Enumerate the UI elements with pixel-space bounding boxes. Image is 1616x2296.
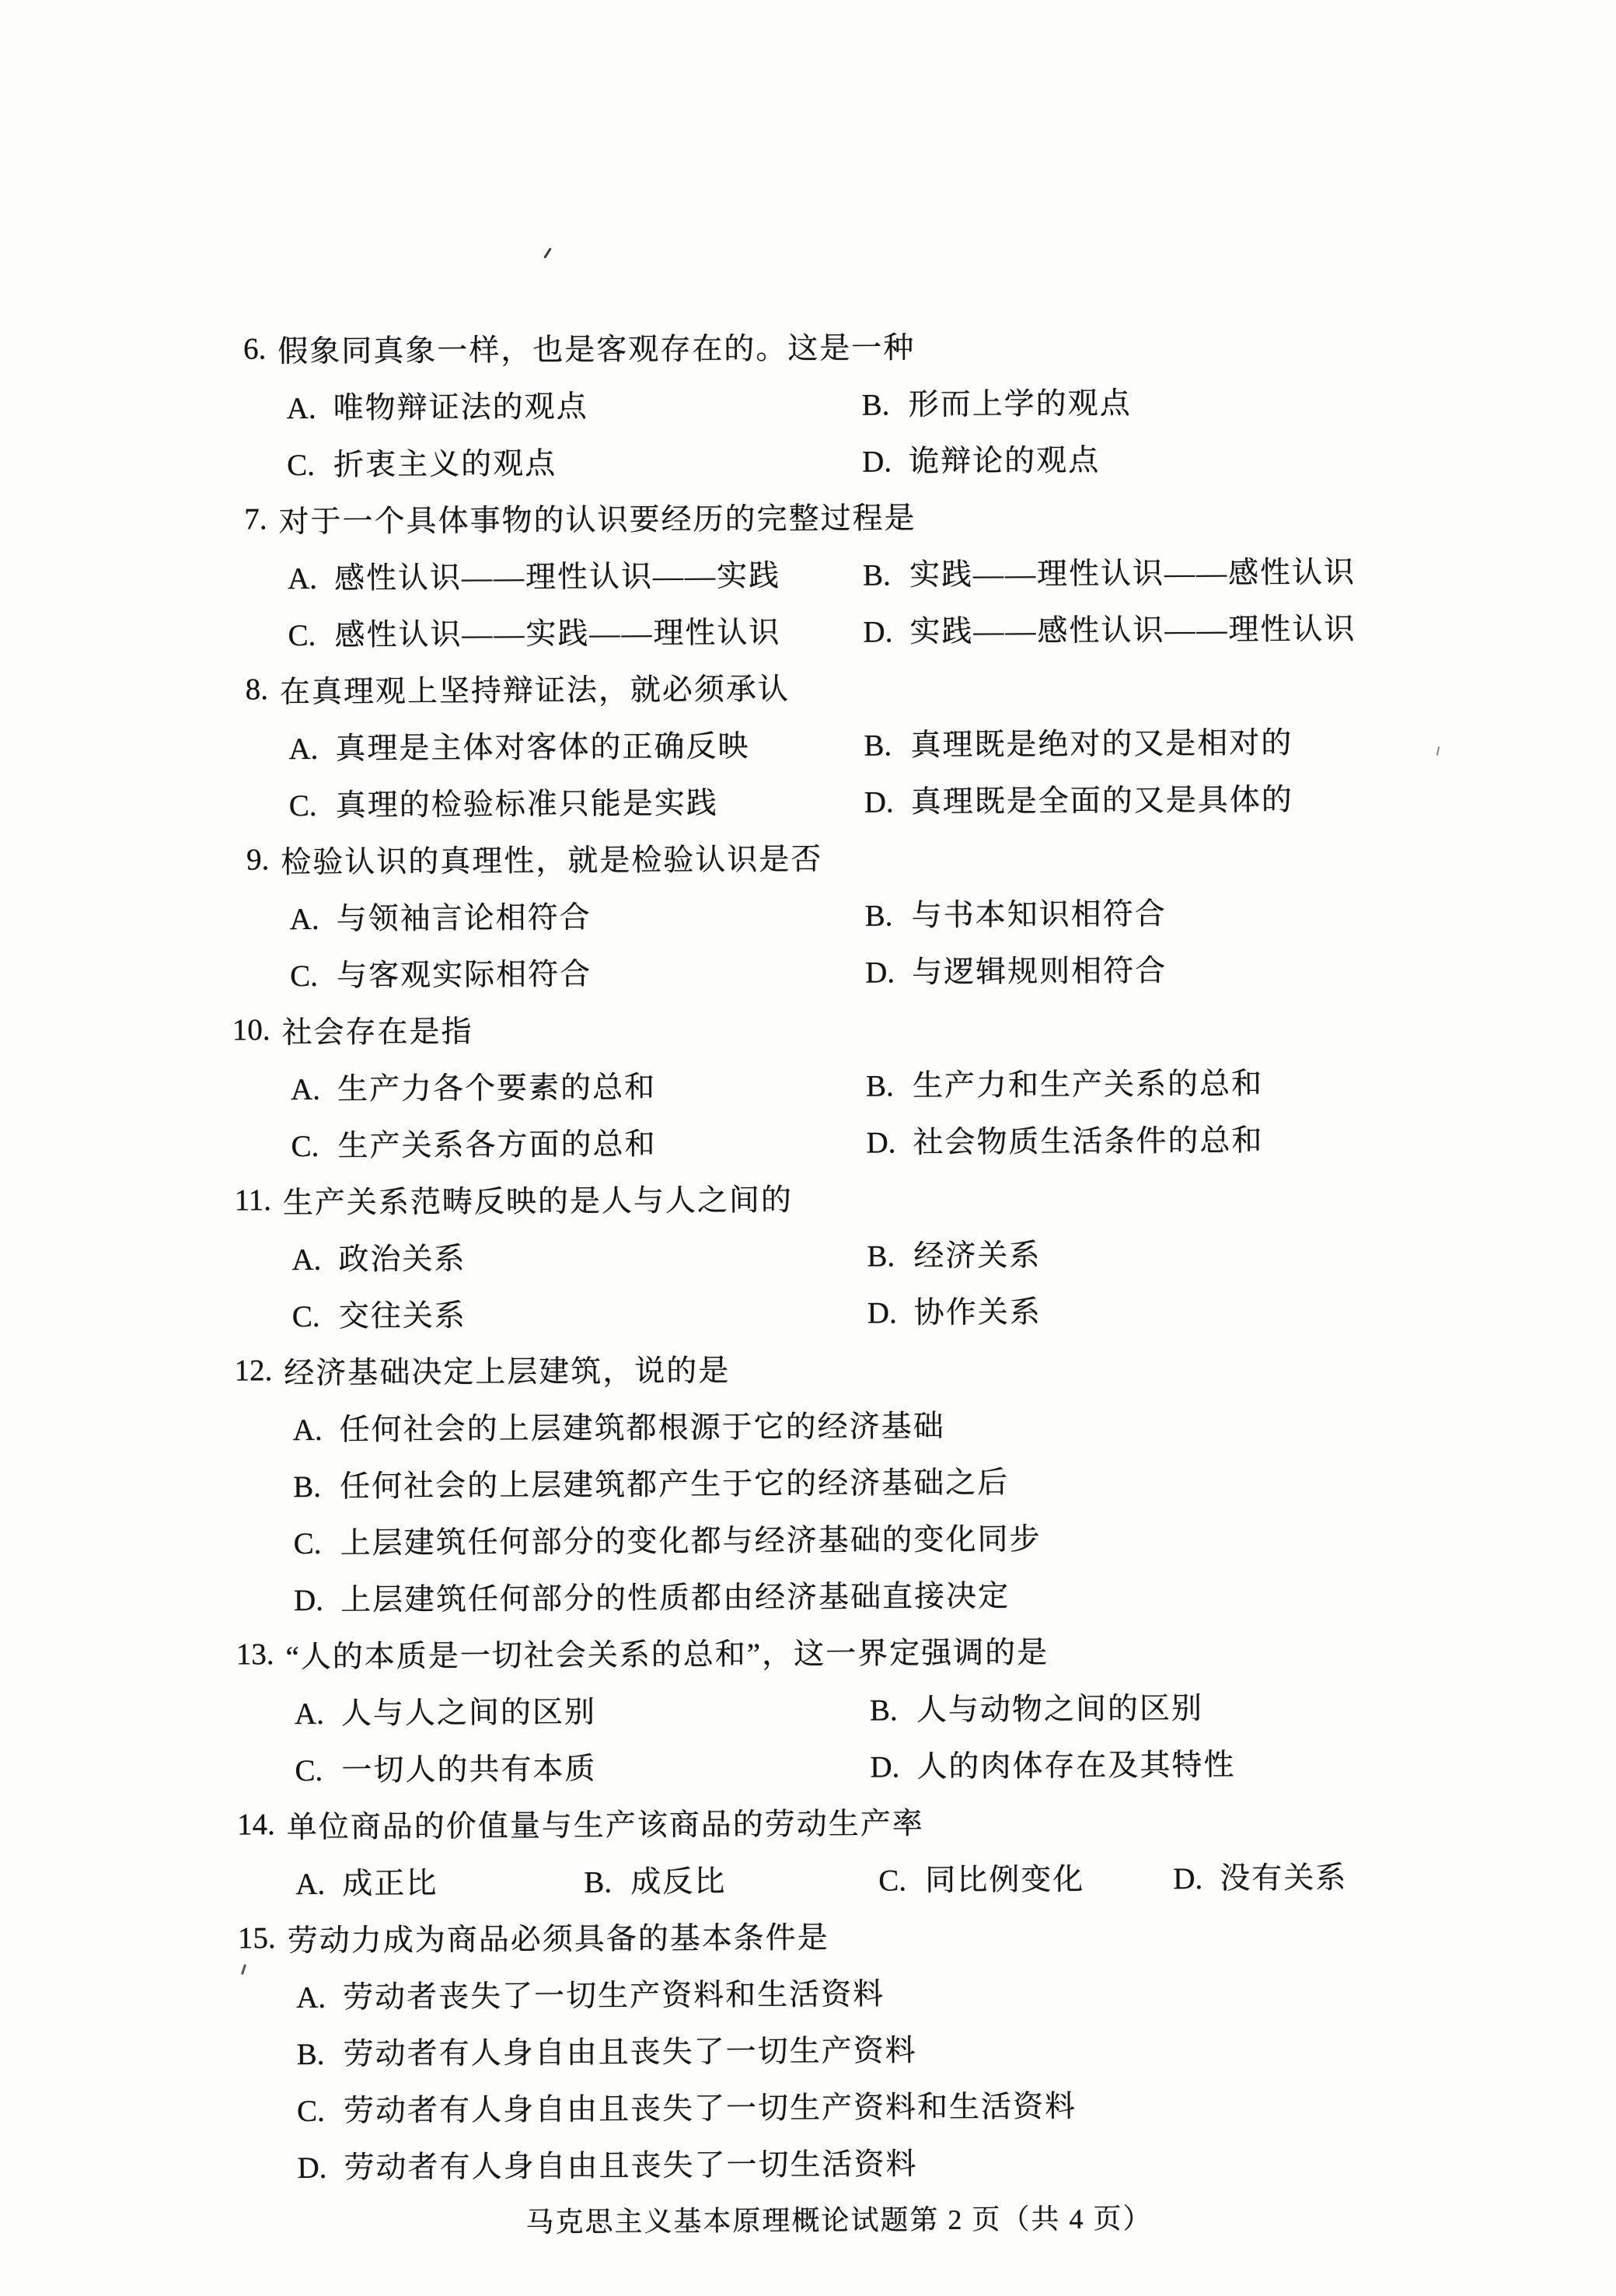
option-text: 一切人的共有本质 xyxy=(341,1744,596,1789)
option-text: 形而上学的观点 xyxy=(908,379,1131,424)
question-stem: 检验认识的真理性，就是检验认识是否 xyxy=(281,834,822,881)
option-label: B. xyxy=(584,1864,630,1899)
option-text: 生产力和生产关系的总和 xyxy=(913,1059,1263,1105)
option-text: 交往关系 xyxy=(339,1291,466,1335)
option-text: 真理的检验标准只能是实践 xyxy=(336,778,718,824)
option-label: A. xyxy=(295,1866,342,1901)
question-13-options-row-1: A.人与人之间的区别 B.人与动物之间的区别 xyxy=(9,1675,1616,1742)
option-c: C.交往关系 xyxy=(292,1288,867,1336)
page-footer: 马克思主义基本原理概论试题第 2 页（共 4 页） xyxy=(525,2196,1152,2240)
option-text: 政治关系 xyxy=(338,1234,466,1278)
option-label: A. xyxy=(288,731,335,766)
option-label: D. xyxy=(297,2150,344,2185)
option-d: D.实践——感性认识——理性认识 xyxy=(863,604,1356,651)
question-7-stem-row: 7. 对于一个具体事物的认识要经历的完整过程是 xyxy=(1,483,1616,550)
option-a: A.人与人之间的区别 xyxy=(295,1686,870,1733)
option-label: D. xyxy=(870,1749,916,1784)
option-label: D. xyxy=(863,614,909,649)
question-11-stem-row: 11. 生产关系范畴反映的是人与人之间的 xyxy=(5,1164,1616,1231)
option-text: 感性认识——实践——理性认识 xyxy=(334,608,780,655)
question-10-stem-row: 10. 社会存在是指 xyxy=(4,994,1616,1061)
question-6-options-row-1: A.唯物辩证法的观点 B.形而上学的观点 xyxy=(0,369,1616,436)
option-c: C.一切人的共有本质 xyxy=(295,1742,870,1790)
page-footer-row: 马克思主义基本原理概论试题第 2 页（共 4 页） xyxy=(31,2185,1616,2252)
option-text: 人的肉体存在及其特性 xyxy=(916,1740,1235,1786)
question-number: 14. xyxy=(227,1807,275,1842)
option-text: 与逻辑规则相符合 xyxy=(912,946,1167,991)
question-6-stem-row: 6. 假象同真象一样，也是客观存在的。这是一种 xyxy=(0,313,1616,379)
option-label: A. xyxy=(296,1980,343,2015)
option-text: 任何社会的上层建筑都产生于它的经济基础之后 xyxy=(340,1458,1009,1505)
option-label: C. xyxy=(287,447,333,482)
question-8-options-row-1: A.真理是主体对客体的正确反映 B.真理既是绝对的又是相对的 xyxy=(2,710,1616,777)
option-d: D.与逻辑规则相符合 xyxy=(865,946,1167,991)
scan-speck xyxy=(543,247,551,258)
option-text: 真理是主体对客体的正确反映 xyxy=(335,722,749,767)
option-text: 上层建筑任何部分的变化都与经济基础的变化同步 xyxy=(340,1515,1041,1563)
option-a: A.感性认识——理性认识——实践 xyxy=(288,550,863,598)
option-label: B. xyxy=(866,1068,913,1103)
option-d: D.上层建筑任何部分的性质都由经济基础直接决定 xyxy=(294,1571,1010,1620)
option-a: A.成正比 xyxy=(295,1857,584,1903)
question-number: 13. xyxy=(225,1637,274,1672)
option-label: B. xyxy=(296,2036,343,2071)
question-stem: 单位商品的价值量与生产该商品的劳动生产率 xyxy=(287,1799,924,1847)
question-10-options-row-2: C.生产关系各方面的总和 D.社会物质生活条件的总和 xyxy=(5,1107,1616,1174)
option-b: B.成反比 xyxy=(584,1856,878,1901)
question-15-option-a-row: A.劳动者丧失了一切生产资料和生活资料 xyxy=(10,1959,1616,2025)
option-text: 折衷主义的观点 xyxy=(333,439,557,484)
option-text: 任何社会的上层建筑都根源于它的经济基础 xyxy=(340,1401,945,1449)
option-label: D. xyxy=(866,1125,913,1160)
option-label: A. xyxy=(290,901,337,936)
option-text: 协作关系 xyxy=(914,1288,1042,1332)
option-text: 与领袖言论相符合 xyxy=(337,893,592,938)
option-label: C. xyxy=(291,1128,337,1163)
question-12-stem-row: 12. 经济基础决定上层建筑，说的是 xyxy=(6,1334,1616,1401)
option-d: D.协作关系 xyxy=(867,1288,1042,1332)
option-text: 诡辩论的观点 xyxy=(909,435,1100,481)
option-label: D. xyxy=(862,444,909,479)
option-b: B.任何社会的上层建筑都产生于它的经济基础之后 xyxy=(293,1458,1009,1506)
exam-scan-page: 6. 假象同真象一样，也是客观存在的。这是一种 A.唯物辩证法的观点 B.形而上… xyxy=(0,0,1616,2296)
question-7-options-row-2: C.感性认识——实践——理性认识 D.实践——感性认识——理性认识 xyxy=(2,596,1616,663)
option-text: 劳动者丧失了一切生产资料和生活资料 xyxy=(343,1969,885,2016)
option-d: D.诡辩论的观点 xyxy=(862,435,1100,481)
option-label: A. xyxy=(288,561,334,596)
option-text: 成正比 xyxy=(342,1858,438,1903)
option-c: C.感性认识——实践——理性认识 xyxy=(288,607,863,655)
option-label: D. xyxy=(1173,1861,1220,1896)
question-12-option-d-row: D.上层建筑任何部分的性质都由经济基础直接决定 xyxy=(8,1561,1616,1628)
question-7-options-row-1: A.感性认识——理性认识——实践 B.实践——理性认识——感性认识 xyxy=(2,540,1616,606)
option-c: C.同比例变化 xyxy=(878,1854,1173,1899)
option-label: B. xyxy=(870,1693,916,1728)
option-text: 经济关系 xyxy=(913,1231,1041,1275)
option-label: D. xyxy=(865,955,912,990)
option-c: C.折衷主义的观点 xyxy=(287,437,862,484)
exam-body: 6. 假象同真象一样，也是客观存在的。这是一种 A.唯物辩证法的观点 B.形而上… xyxy=(0,313,1616,2252)
question-15-option-b-row: B.劳动者有人身自由且丧失了一切生产资料 xyxy=(10,2015,1616,2082)
question-15-option-d-row: D.劳动者有人身自由且丧失了一切生活资料 xyxy=(11,2129,1616,2196)
option-label: B. xyxy=(867,1239,913,1274)
option-label: D. xyxy=(294,1582,340,1617)
option-text: 人与人之间的区别 xyxy=(341,1687,596,1732)
option-c: C.真理的检验标准只能是实践 xyxy=(289,778,864,825)
option-label: C. xyxy=(878,1863,925,1898)
option-text: 生产力各个要素的总和 xyxy=(337,1063,656,1109)
question-number: 9. xyxy=(221,842,269,877)
question-number: 7. xyxy=(218,501,267,536)
option-text: 人与动物之间的区别 xyxy=(916,1683,1203,1728)
option-b: B.劳动者有人身自由且丧失了一切生产资料 xyxy=(296,2026,916,2074)
option-b: B.经济关系 xyxy=(867,1231,1041,1275)
option-a: A.唯物辩证法的观点 xyxy=(287,380,862,428)
option-b: B.生产力和生产关系的总和 xyxy=(866,1059,1263,1105)
option-label: B. xyxy=(865,898,912,933)
option-text: 与书本知识相符合 xyxy=(912,889,1167,935)
option-label: D. xyxy=(864,785,911,820)
option-d: D.社会物质生活条件的总和 xyxy=(866,1116,1263,1162)
question-number: 11. xyxy=(223,1183,271,1218)
option-label: A. xyxy=(293,1412,340,1447)
question-stem: 假象同真象一样，也是客观存在的。这是一种 xyxy=(277,323,915,371)
option-a: A.生产力各个要素的总和 xyxy=(291,1061,866,1109)
option-a: A.劳动者丧失了一切生产资料和生活资料 xyxy=(296,1969,885,2017)
question-12-option-a-row: A.任何社会的上层建筑都根源于它的经济基础 xyxy=(6,1391,1616,1458)
option-b: B.实践——理性认识——感性认识 xyxy=(863,547,1356,594)
option-a: A.任何社会的上层建筑都根源于它的经济基础 xyxy=(293,1401,945,1449)
question-number: 15. xyxy=(228,1920,276,1955)
option-b: B.真理既是绝对的又是相对的 xyxy=(864,718,1293,764)
option-text: 劳动者有人身自由且丧失了一切生产资料 xyxy=(343,2026,916,2074)
option-label: A. xyxy=(295,1696,341,1731)
question-11-options-row-2: C.交往关系 D.协作关系 xyxy=(6,1277,1616,1344)
option-text: 同比例变化 xyxy=(925,1854,1084,1899)
question-number: 10. xyxy=(222,1012,270,1047)
option-text: 唯物辩证法的观点 xyxy=(333,382,588,427)
option-d: D.没有关系 xyxy=(1173,1853,1347,1897)
option-label: A. xyxy=(287,390,333,425)
question-15-stem-row: 15. 劳动力成为商品必须具备的基本条件是 xyxy=(10,1902,1616,1969)
question-number: 6. xyxy=(218,331,266,366)
option-text: 与客观实际相符合 xyxy=(337,949,592,994)
question-number: 8. xyxy=(220,672,268,707)
option-text: 生产关系各方面的总和 xyxy=(337,1120,656,1165)
question-stem: “人的本质是一切社会关系的总和”，这一界定强调的是 xyxy=(285,1628,1049,1676)
option-b: B.人与动物之间的区别 xyxy=(870,1683,1203,1729)
question-stem: 经济基础决定上层建筑，说的是 xyxy=(284,1346,730,1393)
option-a: A.真理是主体对客体的正确反映 xyxy=(288,721,864,768)
option-a: A.政治关系 xyxy=(291,1232,867,1279)
option-text: 上层建筑任何部分的性质都由经济基础直接决定 xyxy=(340,1571,1010,1619)
option-label: B. xyxy=(864,728,910,763)
question-stem: 生产关系范畴反映的是人与人之间的 xyxy=(283,1176,793,1222)
option-label: C. xyxy=(293,1525,340,1560)
option-text: 社会物质生活条件的总和 xyxy=(913,1116,1263,1162)
option-label: D. xyxy=(867,1295,914,1330)
question-9-options-row-2: C.与客观实际相符合 D.与逻辑规则相符合 xyxy=(4,937,1616,1004)
question-10-options-row-1: A.生产力各个要素的总和 B.生产力和生产关系的总和 xyxy=(5,1050,1616,1117)
question-8-options-row-2: C.真理的检验标准只能是实践 D.真理既是全面的又是具体的 xyxy=(3,767,1616,833)
option-label: C. xyxy=(288,617,334,652)
question-12-option-c-row: C.上层建筑任何部分的变化都与经济基础的变化同步 xyxy=(7,1504,1616,1571)
option-text: 成反比 xyxy=(630,1857,726,1901)
option-b: B.形而上学的观点 xyxy=(861,379,1131,424)
option-a: A.与领袖言论相符合 xyxy=(290,891,865,938)
option-label: C. xyxy=(295,1753,341,1788)
question-14-stem-row: 14. 单位商品的价值量与生产该商品的劳动生产率 xyxy=(9,1788,1616,1855)
question-12-option-b-row: B.任何社会的上层建筑都产生于它的经济基础之后 xyxy=(7,1448,1616,1515)
question-stem: 在真理观上坚持辩证法，就必须承认 xyxy=(280,665,790,711)
option-d: D.真理既是全面的又是具体的 xyxy=(864,775,1293,821)
option-label: B. xyxy=(863,557,909,592)
option-text: 实践——理性认识——感性认识 xyxy=(909,547,1356,594)
option-label: B. xyxy=(862,387,909,422)
option-label: A. xyxy=(291,1071,337,1106)
option-label: A. xyxy=(291,1242,338,1277)
question-13-stem-row: 13. “人的本质是一切社会关系的总和”，这一界定强调的是 xyxy=(8,1618,1616,1685)
question-13-options-row-2: C.一切人的共有本质 D.人的肉体存在及其特性 xyxy=(9,1732,1616,1798)
question-stem: 社会存在是指 xyxy=(281,1007,473,1052)
option-b: B.与书本知识相符合 xyxy=(865,889,1167,935)
option-c: C.上层建筑任何部分的变化都与经济基础的变化同步 xyxy=(293,1515,1041,1563)
option-d: D.人的肉体存在及其特性 xyxy=(870,1740,1235,1786)
option-text: 劳动者有人身自由且丧失了一切生产资料和生活资料 xyxy=(344,2081,1077,2130)
option-c: C.与客观实际相符合 xyxy=(290,948,865,995)
option-label: C. xyxy=(297,2093,344,2128)
option-text: 劳动者有人身自由且丧失了一切生活资料 xyxy=(344,2140,917,2187)
option-c: C.劳动者有人身自由且丧失了一切生产资料和生活资料 xyxy=(297,2081,1077,2130)
option-text: 真理既是全面的又是具体的 xyxy=(911,775,1293,821)
question-8-stem-row: 8. 在真理观上坚持辩证法，就必须承认 xyxy=(2,653,1616,720)
option-label: C. xyxy=(289,788,336,823)
question-9-stem-row: 9. 检验认识的真理性，就是检验认识是否 xyxy=(3,823,1616,890)
option-d: D.劳动者有人身自由且丧失了一切生活资料 xyxy=(297,2140,917,2187)
option-text: 感性认识——理性认识——实践 xyxy=(334,551,780,598)
option-label: B. xyxy=(293,1469,340,1504)
option-label: C. xyxy=(290,958,337,993)
question-15-option-c-row: C.劳动者有人身自由且丧失了一切生产资料和生活资料 xyxy=(11,2072,1616,2139)
question-stem: 劳动力成为商品必须具备的基本条件是 xyxy=(288,1913,829,1959)
question-9-options-row-1: A.与领袖言论相符合 B.与书本知识相符合 xyxy=(3,880,1616,947)
option-text: 实践——感性认识——理性认识 xyxy=(909,604,1356,651)
question-14-options-row: A.成正比 B.成反比 C.同比例变化 D.没有关系 xyxy=(9,1845,1616,1912)
question-number: 12. xyxy=(224,1353,272,1388)
option-text: 真理既是绝对的又是相对的 xyxy=(910,718,1293,764)
option-c: C.生产关系各方面的总和 xyxy=(291,1118,866,1165)
question-stem: 对于一个具体事物的认识要经历的完整过程是 xyxy=(278,494,916,541)
question-11-options-row-1: A.政治关系 B.经济关系 xyxy=(5,1221,1616,1288)
question-6-options-row-2: C.折衷主义的观点 D.诡辩论的观点 xyxy=(1,426,1616,493)
option-label: C. xyxy=(292,1298,339,1333)
option-text: 没有关系 xyxy=(1220,1853,1347,1897)
